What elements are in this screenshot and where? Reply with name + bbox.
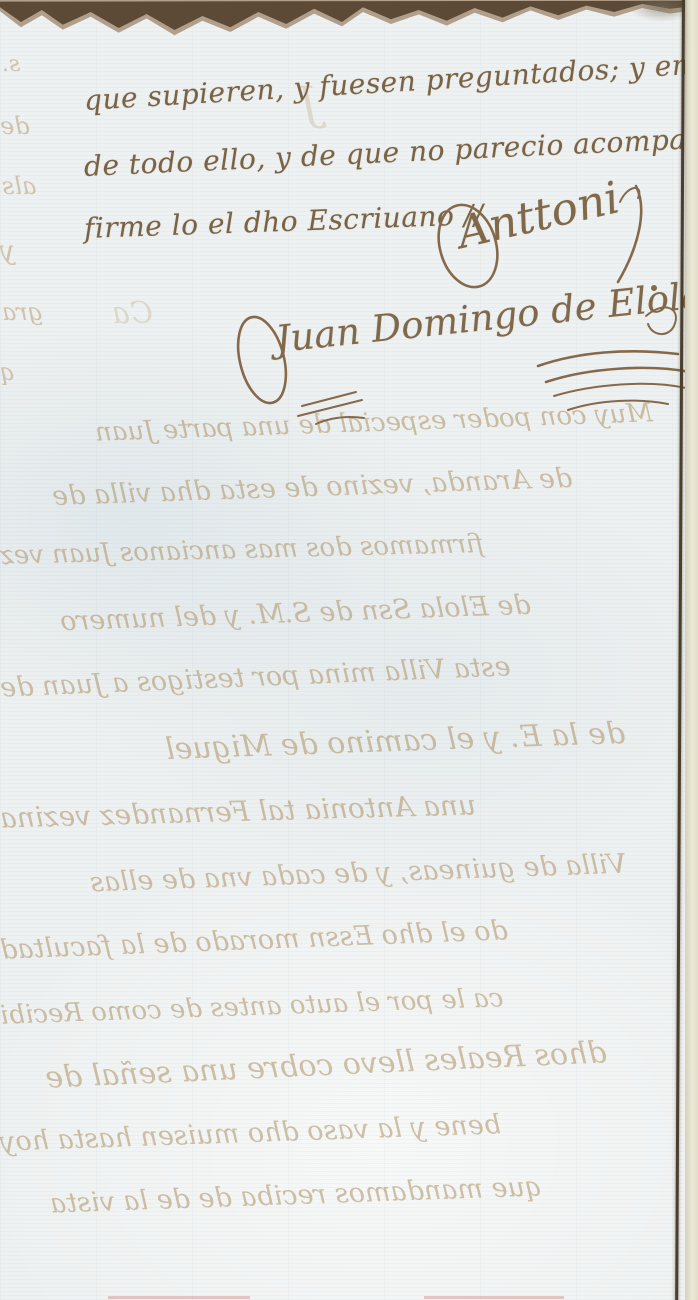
showthrough-line: de la E. y el camino de Miguel (165, 716, 626, 767)
showthrough-line: una Antonia tal Fernandez vezina (0, 788, 476, 834)
showthrough-line: Villa de guineas, y de cada vna de ellas (90, 849, 627, 899)
showthrough-fragment: als (2, 172, 36, 200)
bottom-edge-tint (424, 1296, 564, 1299)
showthrough-line: bene y la vaso dho muisen hasta hoy (0, 1109, 502, 1157)
showthrough-line: ca le por el auto antes de como Recibi (0, 983, 504, 1031)
showthrough-fragment: gra (2, 298, 43, 326)
showthrough-fragment: s. (2, 52, 20, 77)
bottom-edge-tint (108, 1296, 250, 1299)
showthrough-fragment: Ca (112, 296, 153, 331)
showthrough-fragment: y (0, 236, 15, 266)
manuscript-text-line: que supieren, y fuesen preguntados; y en… (83, 45, 698, 117)
showthrough-line: que mandamos reciba de de la vista (50, 1171, 543, 1219)
top-right-corner-shadow (610, 0, 690, 30)
book-edge-strip (685, 0, 698, 1300)
torn-top-edge (0, 0, 698, 40)
showthrough-line: de Elola Ssn de S.M. y del numero (60, 590, 531, 637)
signature-juan-domingo-de-elola: Juan Domingo de Elola (238, 288, 698, 436)
manuscript-text-line: firme lo el dho Escriuano // (83, 198, 484, 245)
showthrough-line: de Aranda, vezino de esta dha villa de (52, 463, 573, 512)
showthrough-line: dhos Reales llevo cobre una señal de (44, 1035, 607, 1095)
showthrough-fragment: q (0, 358, 15, 386)
showthrough-fragment: de (0, 112, 30, 140)
manuscript-page: s. de als y gra q J Ca Muy con poder esp… (0, 0, 698, 1300)
showthrough-line: esta Villa mina por testigos a Juan de (0, 651, 511, 703)
showthrough-line: firmamos dos mas ancianos Juan vez (0, 529, 484, 571)
showthrough-line: do el dho Essn morado de la facultad (0, 915, 508, 965)
